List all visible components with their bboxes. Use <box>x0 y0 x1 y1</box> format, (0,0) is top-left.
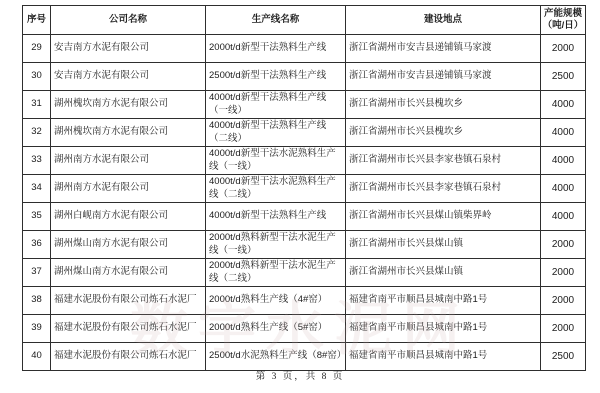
table-row: 37湖州煤山南方水泥有限公司2000t/d熟料新型干法水泥生产线（二线）浙江省湖… <box>23 259 586 287</box>
table-row: 36湖州煤山南方水泥有限公司2000t/d熟料新型干法水泥生产线（一线）浙江省湖… <box>23 231 586 259</box>
cell-production-line-name: 4000t/d新型干法水泥熟料生产线（二线） <box>206 175 346 203</box>
cell-construction-site: 浙江省湖州市长兴县煤山镇 <box>346 259 541 287</box>
table-row: 33湖州南方水泥有限公司4000t/d新型干法水泥熟料生产线（一线）浙江省湖州市… <box>23 147 586 175</box>
cell-construction-site: 浙江省湖州市安吉县递铺镇马家渡 <box>346 63 541 91</box>
cell-serial-number: 29 <box>23 35 51 63</box>
cell-company-name: 湖州白岘南方水泥有限公司 <box>51 203 206 231</box>
cell-construction-site: 浙江省湖州市长兴县李家巷镇石泉村 <box>346 175 541 203</box>
cell-company-name: 湖州槐坎南方水泥有限公司 <box>51 91 206 119</box>
cell-capacity: 4000 <box>541 203 586 231</box>
cell-production-line-name: 2000t/d熟料生产线（4#窑） <box>206 287 346 315</box>
table-row: 35湖州白岘南方水泥有限公司4000t/d新型干法熟料生产线浙江省湖州市长兴县煤… <box>23 203 586 231</box>
table-row: 40福建水泥股份有限公司炼石水泥厂2500t/d水泥熟料生产线（8#窑）福建省南… <box>23 343 586 371</box>
cell-capacity: 2500 <box>541 63 586 91</box>
cell-capacity: 2000 <box>541 315 586 343</box>
table-row: 30安吉南方水泥有限公司2500t/d新型干法熟料生产线浙江省湖州市安吉县递铺镇… <box>23 63 586 91</box>
cell-capacity: 4000 <box>541 175 586 203</box>
cell-construction-site: 浙江省湖州市长兴县槐坎乡 <box>346 119 541 147</box>
cell-company-name: 湖州煤山南方水泥有限公司 <box>51 259 206 287</box>
table-body: 29安吉南方水泥有限公司2000t/d新型干法熟料生产线浙江省湖州市安吉县递铺镇… <box>23 35 586 371</box>
table-row: 31湖州槐坎南方水泥有限公司4000t/d新型干法熟料生产线（一线）浙江省湖州市… <box>23 91 586 119</box>
cell-company-name: 福建水泥股份有限公司炼石水泥厂 <box>51 315 206 343</box>
cell-capacity: 2000 <box>541 287 586 315</box>
cell-company-name: 福建水泥股份有限公司炼石水泥厂 <box>51 287 206 315</box>
cell-serial-number: 32 <box>23 119 51 147</box>
cell-construction-site: 福建省南平市顺昌县城南中路1号 <box>346 287 541 315</box>
header-serial-number: 序号 <box>23 6 51 35</box>
cell-production-line-name: 2500t/d水泥熟料生产线（8#窑） <box>206 343 346 371</box>
header-production-line-name: 生产线名称 <box>206 6 346 35</box>
cell-production-line-name: 4000t/d新型干法熟料生产线 <box>206 203 346 231</box>
cell-construction-site: 浙江省湖州市长兴县煤山镇 <box>346 231 541 259</box>
cell-serial-number: 39 <box>23 315 51 343</box>
cell-serial-number: 31 <box>23 91 51 119</box>
cell-construction-site: 浙江省湖州市安吉县递铺镇马家渡 <box>346 35 541 63</box>
cell-production-line-name: 2000t/d熟料新型干法水泥生产线（二线） <box>206 259 346 287</box>
cell-production-line-name: 2500t/d新型干法熟料生产线 <box>206 63 346 91</box>
cell-company-name: 湖州煤山南方水泥有限公司 <box>51 231 206 259</box>
cell-company-name: 安吉南方水泥有限公司 <box>51 63 206 91</box>
cell-construction-site: 浙江省湖州市长兴县李家巷镇石泉村 <box>346 147 541 175</box>
cell-capacity: 2500 <box>541 343 586 371</box>
cell-company-name: 湖州槐坎南方水泥有限公司 <box>51 119 206 147</box>
header-row: 序号 公司名称 生产线名称 建设地点 产能规模 （吨/日） <box>23 6 586 35</box>
table-row: 39福建水泥股份有限公司炼石水泥厂2000t/d熟料生产线（5#窑）福建省南平市… <box>23 315 586 343</box>
table-row: 32湖州槐坎南方水泥有限公司4000t/d新型干法熟料生产线（二线）浙江省湖州市… <box>23 119 586 147</box>
cell-serial-number: 40 <box>23 343 51 371</box>
cell-company-name: 湖州南方水泥有限公司 <box>51 175 206 203</box>
header-construction-site: 建设地点 <box>346 6 541 35</box>
cell-production-line-name: 4000t/d新型干法熟料生产线（二线） <box>206 119 346 147</box>
cell-serial-number: 36 <box>23 231 51 259</box>
cell-company-name: 福建水泥股份有限公司炼石水泥厂 <box>51 343 206 371</box>
cell-construction-site: 浙江省湖州市长兴县槐坎乡 <box>346 91 541 119</box>
table-row: 38福建水泥股份有限公司炼石水泥厂2000t/d熟料生产线（4#窑）福建省南平市… <box>23 287 586 315</box>
cell-production-line-name: 2000t/d新型干法熟料生产线 <box>206 35 346 63</box>
cell-capacity: 4000 <box>541 147 586 175</box>
cell-capacity: 4000 <box>541 91 586 119</box>
cell-production-line-name: 2000t/d熟料生产线（5#窑） <box>206 315 346 343</box>
table-row: 34湖州南方水泥有限公司4000t/d新型干法水泥熟料生产线（二线）浙江省湖州市… <box>23 175 586 203</box>
cell-company-name: 湖州南方水泥有限公司 <box>51 147 206 175</box>
production-lines-table: 序号 公司名称 生产线名称 建设地点 产能规模 （吨/日） 29安吉南方水泥有限… <box>22 5 586 371</box>
cell-company-name: 安吉南方水泥有限公司 <box>51 35 206 63</box>
cell-serial-number: 33 <box>23 147 51 175</box>
cell-construction-site: 福建省南平市顺昌县城南中路1号 <box>346 315 541 343</box>
table-row: 29安吉南方水泥有限公司2000t/d新型干法熟料生产线浙江省湖州市安吉县递铺镇… <box>23 35 586 63</box>
cell-construction-site: 福建省南平市顺昌县城南中路1号 <box>346 343 541 371</box>
document-page: 序号 公司名称 生产线名称 建设地点 产能规模 （吨/日） 29安吉南方水泥有限… <box>0 0 600 393</box>
header-capacity-scale: 产能规模 （吨/日） <box>541 6 586 35</box>
cell-production-line-name: 4000t/d新型干法熟料生产线（一线） <box>206 91 346 119</box>
cell-production-line-name: 4000t/d新型干法水泥熟料生产线（一线） <box>206 147 346 175</box>
cell-serial-number: 35 <box>23 203 51 231</box>
header-company-name: 公司名称 <box>51 6 206 35</box>
cell-serial-number: 37 <box>23 259 51 287</box>
cell-capacity: 2000 <box>541 259 586 287</box>
cell-capacity: 2000 <box>541 231 586 259</box>
cell-serial-number: 38 <box>23 287 51 315</box>
cell-capacity: 4000 <box>541 119 586 147</box>
cell-capacity: 2000 <box>541 35 586 63</box>
cell-construction-site: 浙江省湖州市长兴县煤山镇柴界岭 <box>346 203 541 231</box>
cell-production-line-name: 2000t/d熟料新型干法水泥生产线（一线） <box>206 231 346 259</box>
cell-serial-number: 34 <box>23 175 51 203</box>
cell-serial-number: 30 <box>23 63 51 91</box>
